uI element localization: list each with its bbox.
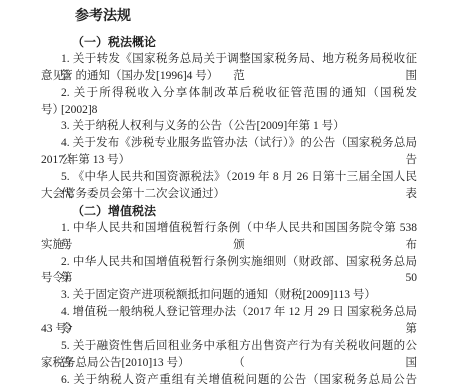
document-page: 参考法规 （一）税法概论 1. 关于转发《国家税务总局关于调整国家税务局、地方税… (0, 0, 457, 384)
section-heading-tax-law-overview: （一）税法概论 (41, 34, 417, 51)
regulation-line: 4. 增值税一般纳税人登记管理办法（2017 年 12 月 29 日 国家税务总… (41, 304, 417, 321)
regulation-line: 3. 关于纳税人权利与义务的公告（公告[2009]年第 1 号） (41, 118, 417, 135)
regulation-line: 6. 关于纳税人资产重组有关增值税问题的公告（国家税务总局公告 2011 年 (41, 372, 417, 384)
regulation-line: 1. 中华人民共和国增值税暂行条例（中华人民共和国国务院令第 538 号颁布 (41, 220, 417, 237)
regulation-line: 2. 中华人民共和国增值税暂行条例实施细则（财政部、国家税务总局第 50 (41, 254, 417, 271)
regulation-line: 1. 关于转发《国家税务总局关于调整国家税务局、地方税务局税收征管范围 (41, 51, 417, 68)
regulation-line: 2. 关于所得税收入分享体制改革后税收征管范围的通知（国税发[2002]8 (41, 85, 417, 102)
regulation-line: 3. 关于固定资产进项税额抵扣问题的通知（财税[2009]113 号） (41, 287, 417, 304)
document-body: （一）税法概论 1. 关于转发《国家税务总局关于调整国家税务局、地方税务局税收征… (41, 34, 417, 384)
regulation-line: 5. 《中华人民共和国资源税法》（2019 年 8 月 26 日第十三届全国人民… (41, 169, 417, 186)
section-heading-vat-law: （二）增值税法 (41, 203, 417, 220)
document-title: 参考法规 (75, 7, 131, 27)
regulation-line: 4. 关于发布《涉税专业服务监管办法（试行）》的公告（国家税务总局公告 (41, 135, 417, 152)
regulation-line: 5. 关于融资性售后回租业务中承租方出售资产行为有关税收问题的公告（国 (41, 338, 417, 355)
